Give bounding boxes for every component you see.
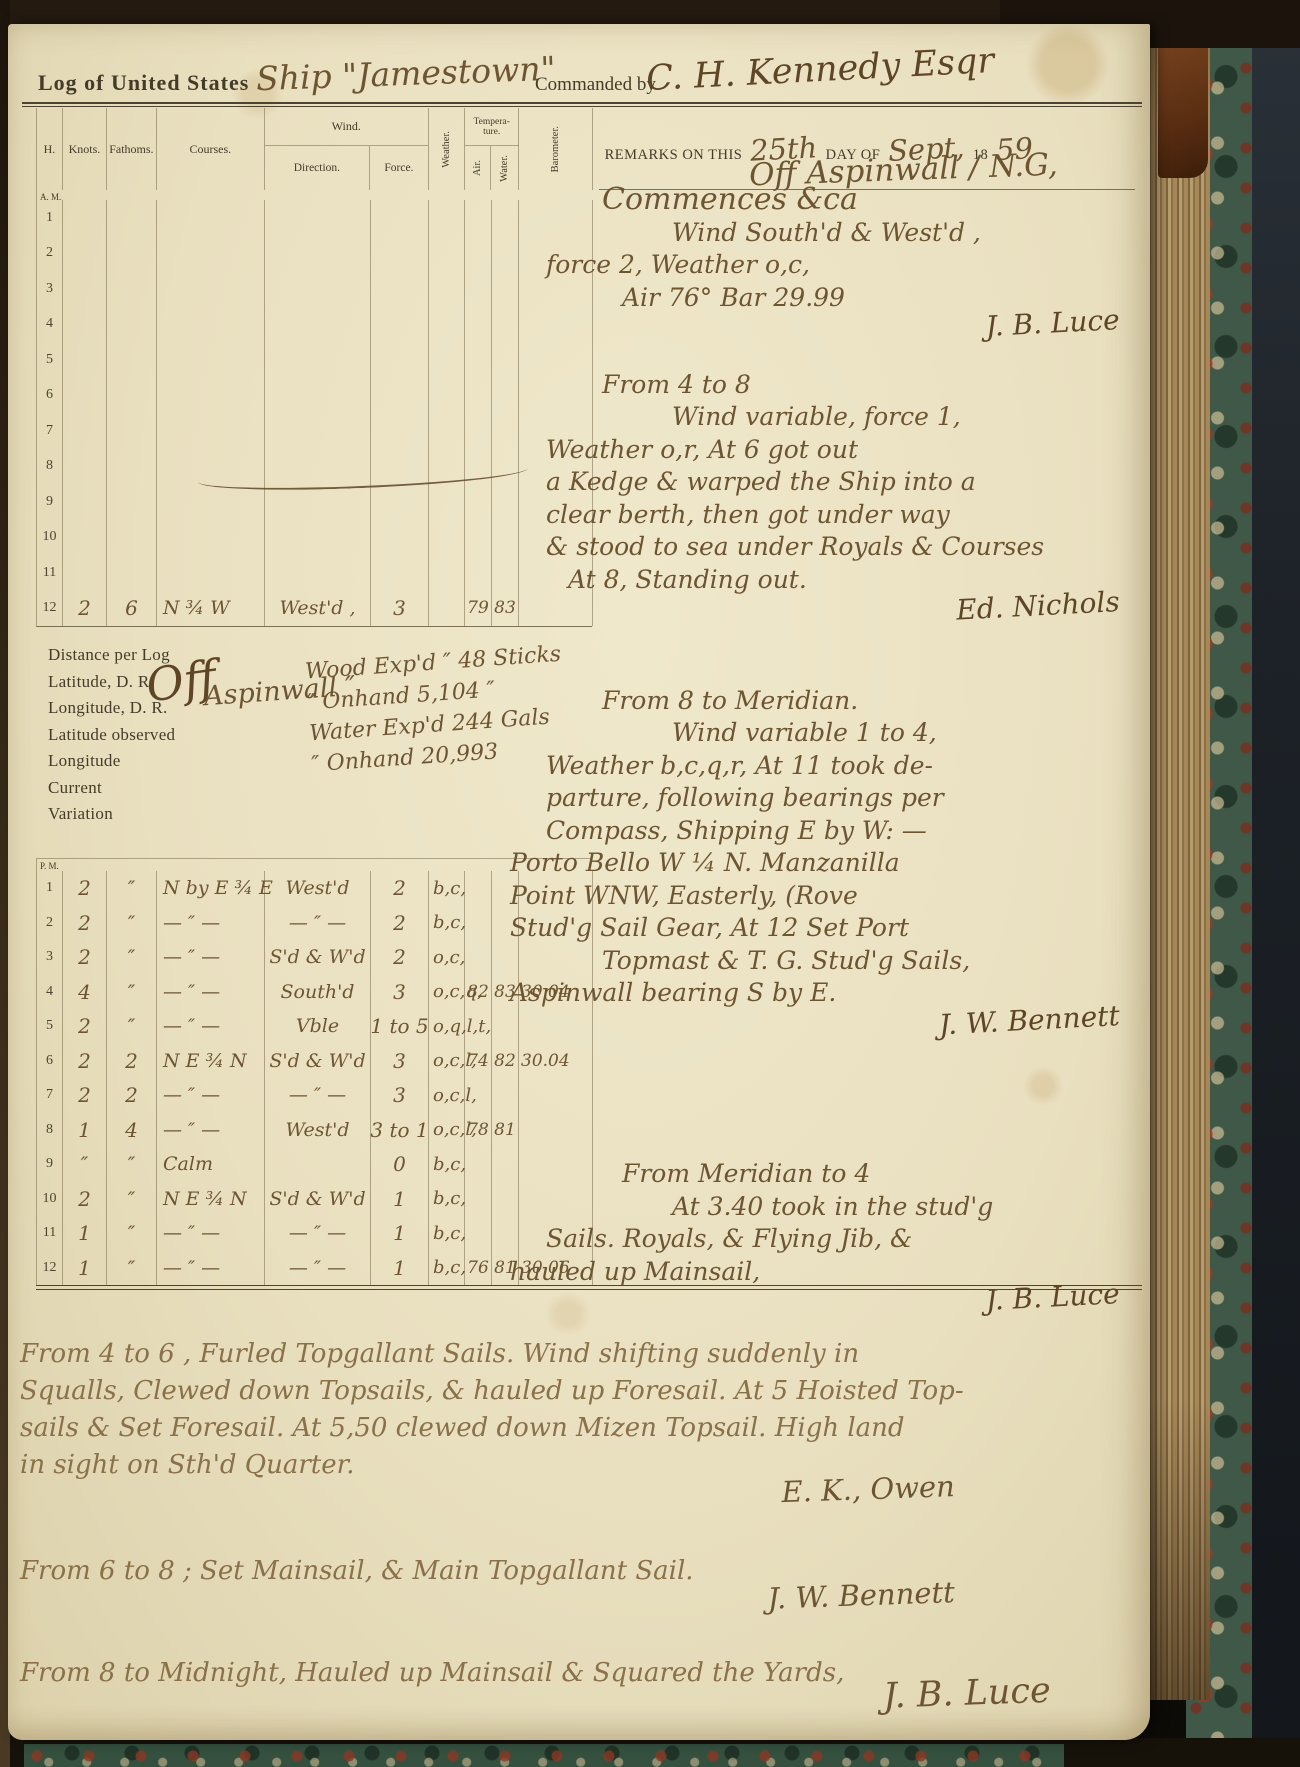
cell-hour: 9 (37, 1147, 63, 1182)
cell-water (492, 940, 519, 975)
cell-knots: 1 (63, 1251, 107, 1286)
cell-knots: 2 (63, 1182, 107, 1217)
cell-knots (63, 342, 107, 378)
cell-air (465, 342, 492, 378)
am-table-row: 3 (37, 271, 592, 307)
remarks-line: clear berth, then got under way (538, 499, 1146, 532)
cell-force (371, 236, 429, 272)
cell-courses (157, 555, 265, 591)
cell-air (465, 1147, 492, 1182)
pm-table-row: 11 1 ″ — ″ — — ″ — 1 b,c, (37, 1216, 592, 1251)
cell-force: 1 (371, 1216, 429, 1251)
cell-water (492, 342, 519, 378)
cell-weather: o,c,l, (429, 1078, 465, 1113)
cell-water: 82 (492, 1044, 519, 1079)
remarks-line: Stud'g Sail Gear, At 12 Set Port (502, 912, 1146, 945)
cell-fathoms (107, 342, 157, 378)
cell-water (492, 413, 519, 449)
cell-courses: N E ¾ N (157, 1182, 265, 1217)
remarks-line: Topmast & T. G. Stud'g Sails, (560, 945, 1146, 978)
cell-fathoms: ″ (107, 1182, 157, 1217)
cell-courses (157, 342, 265, 378)
cell-force (371, 520, 429, 556)
pm-table-row: 3 2 ″ — ″ — S'd & W'd 2 o,c, (37, 940, 592, 975)
cell-fathoms: ″ (107, 975, 157, 1010)
remarks-line: Porto Bello W ¼ N. Manzanilla (502, 847, 1146, 880)
remarks-line: From Meridian to 4 (560, 1158, 1146, 1191)
cell-air: 76 (465, 1251, 492, 1286)
cell-air (465, 1182, 492, 1217)
cell-force: 2 (371, 871, 429, 906)
cell-courses: — ″ — (157, 975, 265, 1010)
summary-label: Latitude observed (48, 722, 298, 749)
cell-air (465, 1078, 492, 1113)
log-table-header: H. Knots. Fathoms. Courses. Wind. Direct… (36, 108, 1142, 190)
pm-table-row: 7 2 2 — ″ — — ″ — 3 o,c,l, (37, 1078, 592, 1113)
cell-direction (265, 271, 371, 307)
cell-air (465, 555, 492, 591)
cell-direction: West'd , (265, 591, 371, 627)
cell-air (465, 413, 492, 449)
cell-hour: 11 (37, 555, 63, 591)
cell-direction (265, 342, 371, 378)
cell-direction: — ″ — (265, 1216, 371, 1251)
cell-force: 3 (371, 1078, 429, 1113)
cell-force (371, 200, 429, 236)
cell-force: 1 (371, 1251, 429, 1286)
cell-force (371, 413, 429, 449)
cell-air (465, 200, 492, 236)
cell-courses: — ″ — (157, 906, 265, 941)
remarks-line: & stood to sea under Royals & Courses (538, 531, 1146, 564)
cell-force (371, 484, 429, 520)
cell-fathoms (107, 449, 157, 485)
col-header-direction: Direction. (265, 146, 370, 190)
cell-air (465, 940, 492, 975)
cell-weather: o,c,l, (429, 1113, 465, 1148)
cell-air: 79 (465, 591, 492, 627)
remarks-line: a Kedge & warped the Ship into a (538, 466, 1146, 499)
remarks-line: Wind South'd & West'd , (560, 217, 1146, 250)
cell-fathoms: ″ (107, 1147, 157, 1182)
am-table-row: 10 (37, 520, 592, 556)
cell-fathoms (107, 200, 157, 236)
cell-hour: 1 (37, 200, 63, 236)
cell-water (492, 1216, 519, 1251)
cell-water (492, 1009, 519, 1044)
cell-knots: 2 (63, 906, 107, 941)
cell-air (465, 1216, 492, 1251)
cell-air (465, 520, 492, 556)
leather-binding-scrap (1158, 28, 1208, 178)
cell-hour: 3 (37, 940, 63, 975)
cell-direction: S'd & W'd (265, 940, 371, 975)
cell-weather (429, 342, 465, 378)
cell-knots (63, 307, 107, 343)
cell-fathoms: 2 (107, 1044, 157, 1079)
cell-direction (265, 200, 371, 236)
remarks-line: At 3.40 took in the stud'g (560, 1191, 1146, 1224)
cell-courses: — ″ — (157, 940, 265, 975)
cell-water (492, 1147, 519, 1182)
cell-water (492, 378, 519, 414)
remarks-line: Wind variable 1 to 4, (560, 717, 1146, 750)
cell-force: 2 (371, 940, 429, 975)
cell-force: 3 to 1 (371, 1113, 429, 1148)
cell-weather: o,c,l, (429, 1044, 465, 1079)
am-table-row: 11 (37, 555, 592, 591)
cell-direction (265, 378, 371, 414)
remarks-line: Sails. Royals, & Flying Jib, & (538, 1223, 1146, 1256)
cell-fathoms (107, 484, 157, 520)
col-header-courses: Courses. (157, 108, 265, 190)
col-header-weather: Weather. (429, 108, 465, 190)
cell-knots: 2 (63, 940, 107, 975)
cell-hour: 11 (37, 1216, 63, 1251)
cell-air: 82 (465, 975, 492, 1010)
cell-air (465, 906, 492, 941)
cell-courses: — ″ — (157, 1113, 265, 1148)
footer-line: sails & Set Foresail. At 5,50 clewed dow… (20, 1410, 1095, 1447)
cell-weather: b,c, (429, 1182, 465, 1217)
cell-direction (265, 1147, 371, 1182)
cell-direction (265, 307, 371, 343)
cell-knots (63, 520, 107, 556)
cell-hour: 5 (37, 342, 63, 378)
cell-force: 3 (371, 1044, 429, 1079)
cell-force: 3 (371, 975, 429, 1010)
cell-water (492, 1182, 519, 1217)
cell-force: 3 (371, 591, 429, 627)
cell-hour: 4 (37, 307, 63, 343)
cell-weather (429, 413, 465, 449)
cell-fathoms (107, 520, 157, 556)
cell-force: 1 (371, 1182, 429, 1217)
cell-fathoms (107, 378, 157, 414)
remarks-line: Weather o,r, At 6 got out (538, 434, 1146, 467)
pm-table-row: 5 2 ″ — ″ — Vble 1 to 5 o,q,l,t, (37, 1009, 592, 1044)
remarks-line: From 8 to Meridian. (560, 685, 1146, 718)
cell-courses (157, 520, 265, 556)
cell-force: 2 (371, 906, 429, 941)
remarks-column: Commences &ca Wind South'd & West'd , fo… (560, 184, 1146, 1343)
cell-hour: 7 (37, 413, 63, 449)
cell-hour: 6 (37, 378, 63, 414)
cell-knots: 2 (63, 591, 107, 627)
col-header-temperature-group: Tempera-ture. Air. Water. (465, 108, 519, 190)
cell-direction: — ″ — (265, 906, 371, 941)
cell-courses (157, 236, 265, 272)
col-header-air: Air. (465, 146, 492, 190)
cell-fathoms: ″ (107, 871, 157, 906)
cell-weather: o,c,q, (429, 975, 465, 1010)
col-header-fathoms: Fathoms. (107, 108, 157, 190)
cell-direction (265, 520, 371, 556)
cell-water: 81 (492, 1113, 519, 1148)
remarks-line: Compass, Shipping E by W: — (538, 815, 1146, 848)
cell-water (492, 307, 519, 343)
cell-weather: b,c, (429, 1216, 465, 1251)
remarks-line: Weather b,c,q,r, At 11 took de- (538, 750, 1146, 783)
cell-water (492, 484, 519, 520)
am-table: A. M. 1 (36, 190, 592, 627)
cell-water (492, 555, 519, 591)
cell-fathoms: ″ (107, 1009, 157, 1044)
cell-courses: — ″ — (157, 1216, 265, 1251)
col-header-temperature: Tempera-ture. (465, 108, 519, 146)
am-rows: 1 2 (37, 190, 592, 626)
page-edges-stack (1146, 0, 1210, 1700)
pm-table-row: 8 1 4 — ″ — West'd 3 to 1 o,c,l, 78 81 (37, 1113, 592, 1148)
cell-knots: 2 (63, 1078, 107, 1113)
cell-hour: 2 (37, 906, 63, 941)
header-double-rule (22, 102, 1142, 107)
cell-air (465, 271, 492, 307)
cell-fathoms (107, 555, 157, 591)
cell-hour: 10 (37, 1182, 63, 1217)
cell-weather (429, 200, 465, 236)
cell-air (465, 236, 492, 272)
cell-fathoms: ″ (107, 940, 157, 975)
cell-weather (429, 307, 465, 343)
cell-force (371, 271, 429, 307)
cell-courses (157, 307, 265, 343)
cell-hour: 10 (37, 520, 63, 556)
pm-table-row: 6 2 2 N E ¾ N S'd & W'd 3 o,c,l, 74 82 3… (37, 1044, 592, 1079)
cell-courses: — ″ — (157, 1009, 265, 1044)
cell-force (371, 307, 429, 343)
cell-knots: 1 (63, 1113, 107, 1148)
cell-weather: o,c, (429, 940, 465, 975)
cell-fathoms (107, 236, 157, 272)
commander-name-handwritten: C. H. Kennedy Esqr (645, 41, 995, 99)
cell-knots: 2 (63, 1009, 107, 1044)
cell-courses (157, 271, 265, 307)
summary-label: Variation (48, 801, 298, 828)
ship-name-handwritten: Ship "Jamestown" (255, 49, 556, 98)
col-header-water: Water. (491, 146, 517, 190)
cell-air (465, 871, 492, 906)
cell-air (465, 1009, 492, 1044)
cell-water (492, 200, 519, 236)
cell-direction: Vble (265, 1009, 371, 1044)
cell-direction (265, 555, 371, 591)
cell-force: 1 to 5 (371, 1009, 429, 1044)
cell-hour: 4 (37, 975, 63, 1010)
cell-fathoms: 6 (107, 591, 157, 627)
cell-courses: N ¾ W (157, 591, 265, 627)
cell-force (371, 342, 429, 378)
cell-knots: 2 (63, 871, 107, 906)
cell-hour: 8 (37, 1113, 63, 1148)
cell-fathoms: ″ (107, 1251, 157, 1286)
cell-knots (63, 484, 107, 520)
cell-weather: b,c, (429, 906, 465, 941)
cell-direction (265, 413, 371, 449)
cell-hour: 6 (37, 1044, 63, 1079)
cell-fathoms (107, 271, 157, 307)
am-table-row: 4 (37, 307, 592, 343)
cell-weather: o,q,l,t, (429, 1009, 465, 1044)
cell-fathoms (107, 413, 157, 449)
cell-hour: 1 (37, 871, 63, 906)
remarks-line: parture, following bearings per (538, 782, 1146, 815)
col-header-force: Force. (370, 146, 428, 190)
cell-courses (157, 200, 265, 236)
cell-fathoms (107, 307, 157, 343)
cell-weather (429, 484, 465, 520)
cell-hour: 5 (37, 1009, 63, 1044)
am-label: A. M. (40, 192, 61, 202)
col-header-knots: Knots. (63, 108, 107, 190)
cell-knots (63, 555, 107, 591)
cell-direction: — ″ — (265, 1078, 371, 1113)
cell-force (371, 555, 429, 591)
cell-weather: b,c, (429, 1251, 465, 1286)
col-header-wind: Wind. (265, 108, 428, 146)
col-header-hour: H. (37, 108, 63, 190)
cell-courses: — ″ — (157, 1078, 265, 1113)
remarks-line: Point WNW, Easterly, (Rove (502, 880, 1146, 913)
cell-weather (429, 378, 465, 414)
commanded-by-label: Commanded by (535, 74, 656, 96)
summary-label: Longitude (48, 748, 298, 775)
cell-knots: 1 (63, 1216, 107, 1251)
photo-stage: Log of United States Ship "Jamestown" Co… (0, 0, 1300, 1767)
page-header: Log of United States Ship "Jamestown" Co… (38, 58, 1138, 102)
cell-hour: 3 (37, 271, 63, 307)
cell-direction: South'd (265, 975, 371, 1010)
am-table-row: 1 (37, 200, 592, 236)
cell-direction: S'd & W'd (265, 1182, 371, 1217)
cell-air: 74 (465, 1044, 492, 1079)
col-header-wind-group: Wind. Direction. Force. (265, 108, 429, 190)
cell-courses (157, 378, 265, 414)
cell-fathoms: 2 (107, 1078, 157, 1113)
footer-line: From 4 to 6 , Furled Topgallant Sails. W… (20, 1336, 1095, 1373)
cell-hour: 7 (37, 1078, 63, 1113)
am-table-row: 2 (37, 236, 592, 272)
remarks-line: Wind variable, force 1, (560, 401, 1146, 434)
remarks-line: From 4 to 8 (560, 369, 1146, 402)
cell-direction: S'd & W'd (265, 1044, 371, 1079)
cell-hour: 2 (37, 236, 63, 272)
cell-weather (429, 520, 465, 556)
cell-water (492, 520, 519, 556)
cell-knots: 2 (63, 1044, 107, 1079)
cell-air (465, 484, 492, 520)
cell-hour: 12 (37, 591, 63, 627)
log-page: Log of United States Ship "Jamestown" Co… (8, 24, 1150, 1740)
pm-label: P. M. (40, 861, 59, 871)
cell-fathoms: ″ (107, 906, 157, 941)
cell-hour: 12 (37, 1251, 63, 1286)
col-header-barometer: Barometer. (519, 108, 593, 190)
cell-courses: — ″ — (157, 1251, 265, 1286)
cell-water: 83 (492, 591, 519, 627)
footer-remarks: From 4 to 6 , Furled Topgallant Sails. W… (20, 1336, 1095, 1727)
cell-force (371, 378, 429, 414)
cell-weather (429, 591, 465, 627)
cell-force: 0 (371, 1147, 429, 1182)
page-title: Log of United States (38, 70, 249, 96)
cell-weather: b,c, (429, 871, 465, 906)
cell-courses: Calm (157, 1147, 265, 1182)
pm-table-row: 10 2 ″ N E ¾ N S'd & W'd 1 b,c, (37, 1182, 592, 1217)
cell-knots (63, 200, 107, 236)
footer-line: Squalls, Clewed down Topsails, & hauled … (20, 1373, 1095, 1410)
cell-knots: ″ (63, 1147, 107, 1182)
cell-air (465, 307, 492, 343)
marbled-bottom-strip (24, 1744, 1064, 1767)
cell-weather (429, 236, 465, 272)
cell-fathoms: 4 (107, 1113, 157, 1148)
cell-knots (63, 236, 107, 272)
cell-fathoms: ″ (107, 1216, 157, 1251)
summary-label: Current (48, 775, 298, 802)
cell-hour: 8 (37, 449, 63, 485)
cell-courses (157, 484, 265, 520)
cell-knots (63, 413, 107, 449)
cell-water (492, 271, 519, 307)
cell-knots (63, 449, 107, 485)
am-table-row: 6 (37, 378, 592, 414)
remarks-header: REMARKS ON THIS 25th DAY OF Sept, 18 59 … (593, 108, 1142, 190)
cell-weather: b,c, (429, 1147, 465, 1182)
pm-table-row: 9 ″ ″ Calm 0 b,c, (37, 1147, 592, 1182)
cell-weather (429, 271, 465, 307)
cell-direction (265, 236, 371, 272)
cell-knots (63, 378, 107, 414)
am-table-row: 7 (37, 413, 592, 449)
remarks-line: Commences &ca (560, 184, 1146, 217)
cell-knots (63, 271, 107, 307)
cell-water (492, 236, 519, 272)
am-table-row: 12 2 6 N ¾ W West'd , 3 79 83 (37, 591, 592, 627)
cell-direction: West'd (265, 871, 371, 906)
remarks-line: force 2, Weather o,c, (538, 249, 1146, 282)
cell-air: 78 (465, 1113, 492, 1148)
cell-hour: 9 (37, 484, 63, 520)
cell-air (465, 378, 492, 414)
cell-water (492, 1078, 519, 1113)
cell-direction: — ″ — (265, 1251, 371, 1286)
cell-courses: N E ¾ N (157, 1044, 265, 1079)
cell-courses (157, 413, 265, 449)
cell-courses: N by E ¾ E (157, 871, 265, 906)
cell-weather (429, 555, 465, 591)
am-table-row: 5 (37, 342, 592, 378)
cell-direction: West'd (265, 1113, 371, 1148)
cell-knots: 4 (63, 975, 107, 1010)
